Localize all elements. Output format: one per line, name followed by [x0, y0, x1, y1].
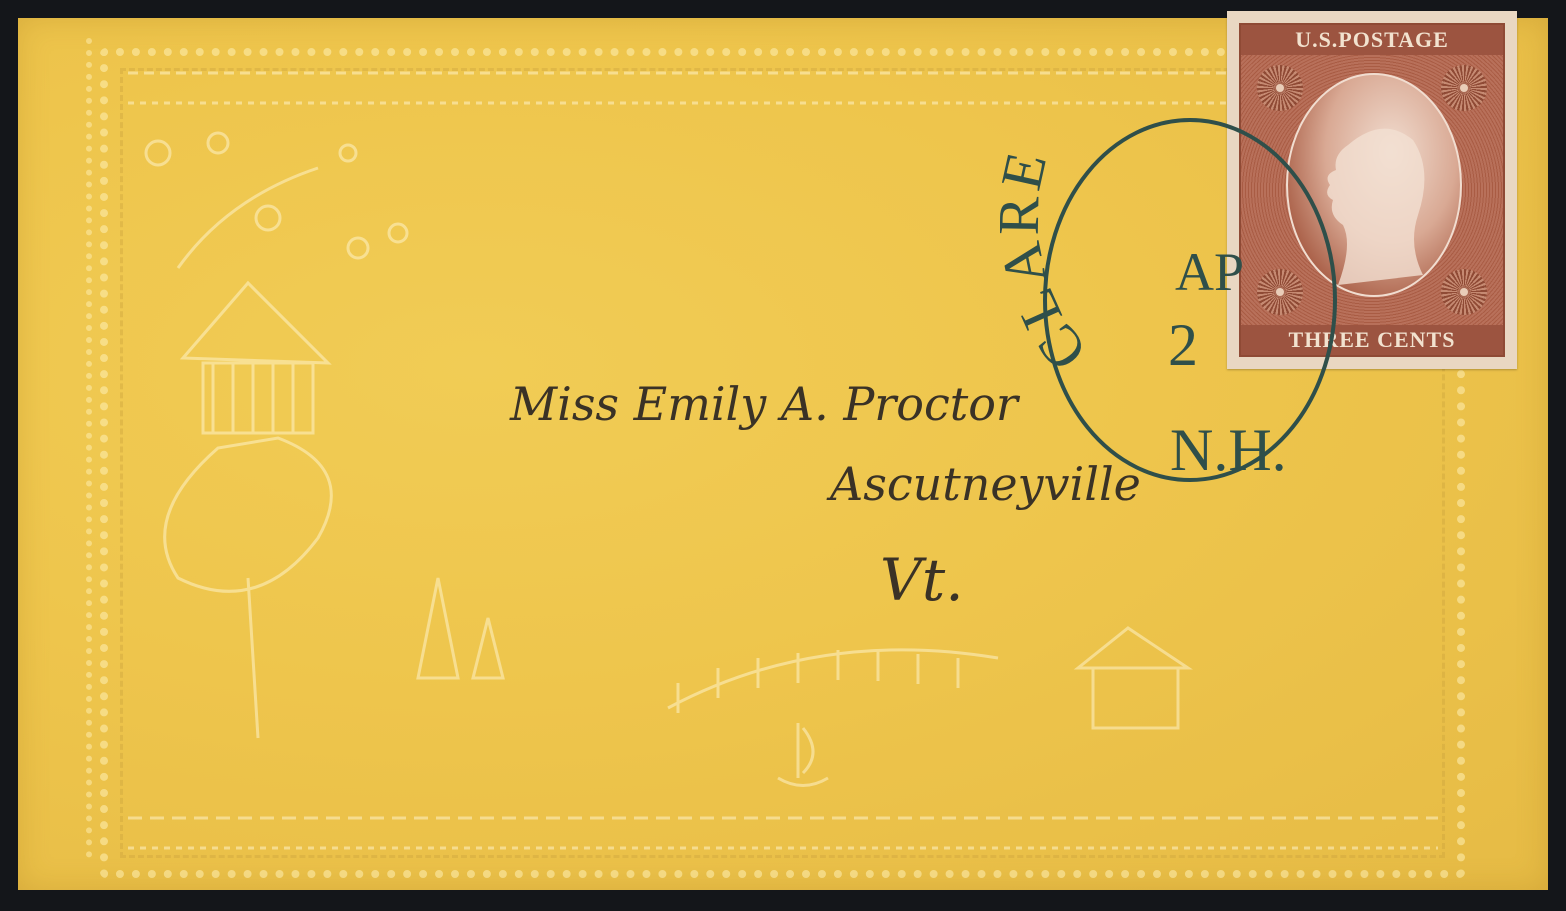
- address-line-3: Vt.: [880, 546, 964, 614]
- address-line-2: Ascutneyville: [826, 457, 1141, 511]
- address-line-1: Miss Emily A. Proctor: [509, 377, 1021, 431]
- handwritten-address: Miss Emily A. Proctor Ascutneyville Vt.: [0, 0, 1566, 911]
